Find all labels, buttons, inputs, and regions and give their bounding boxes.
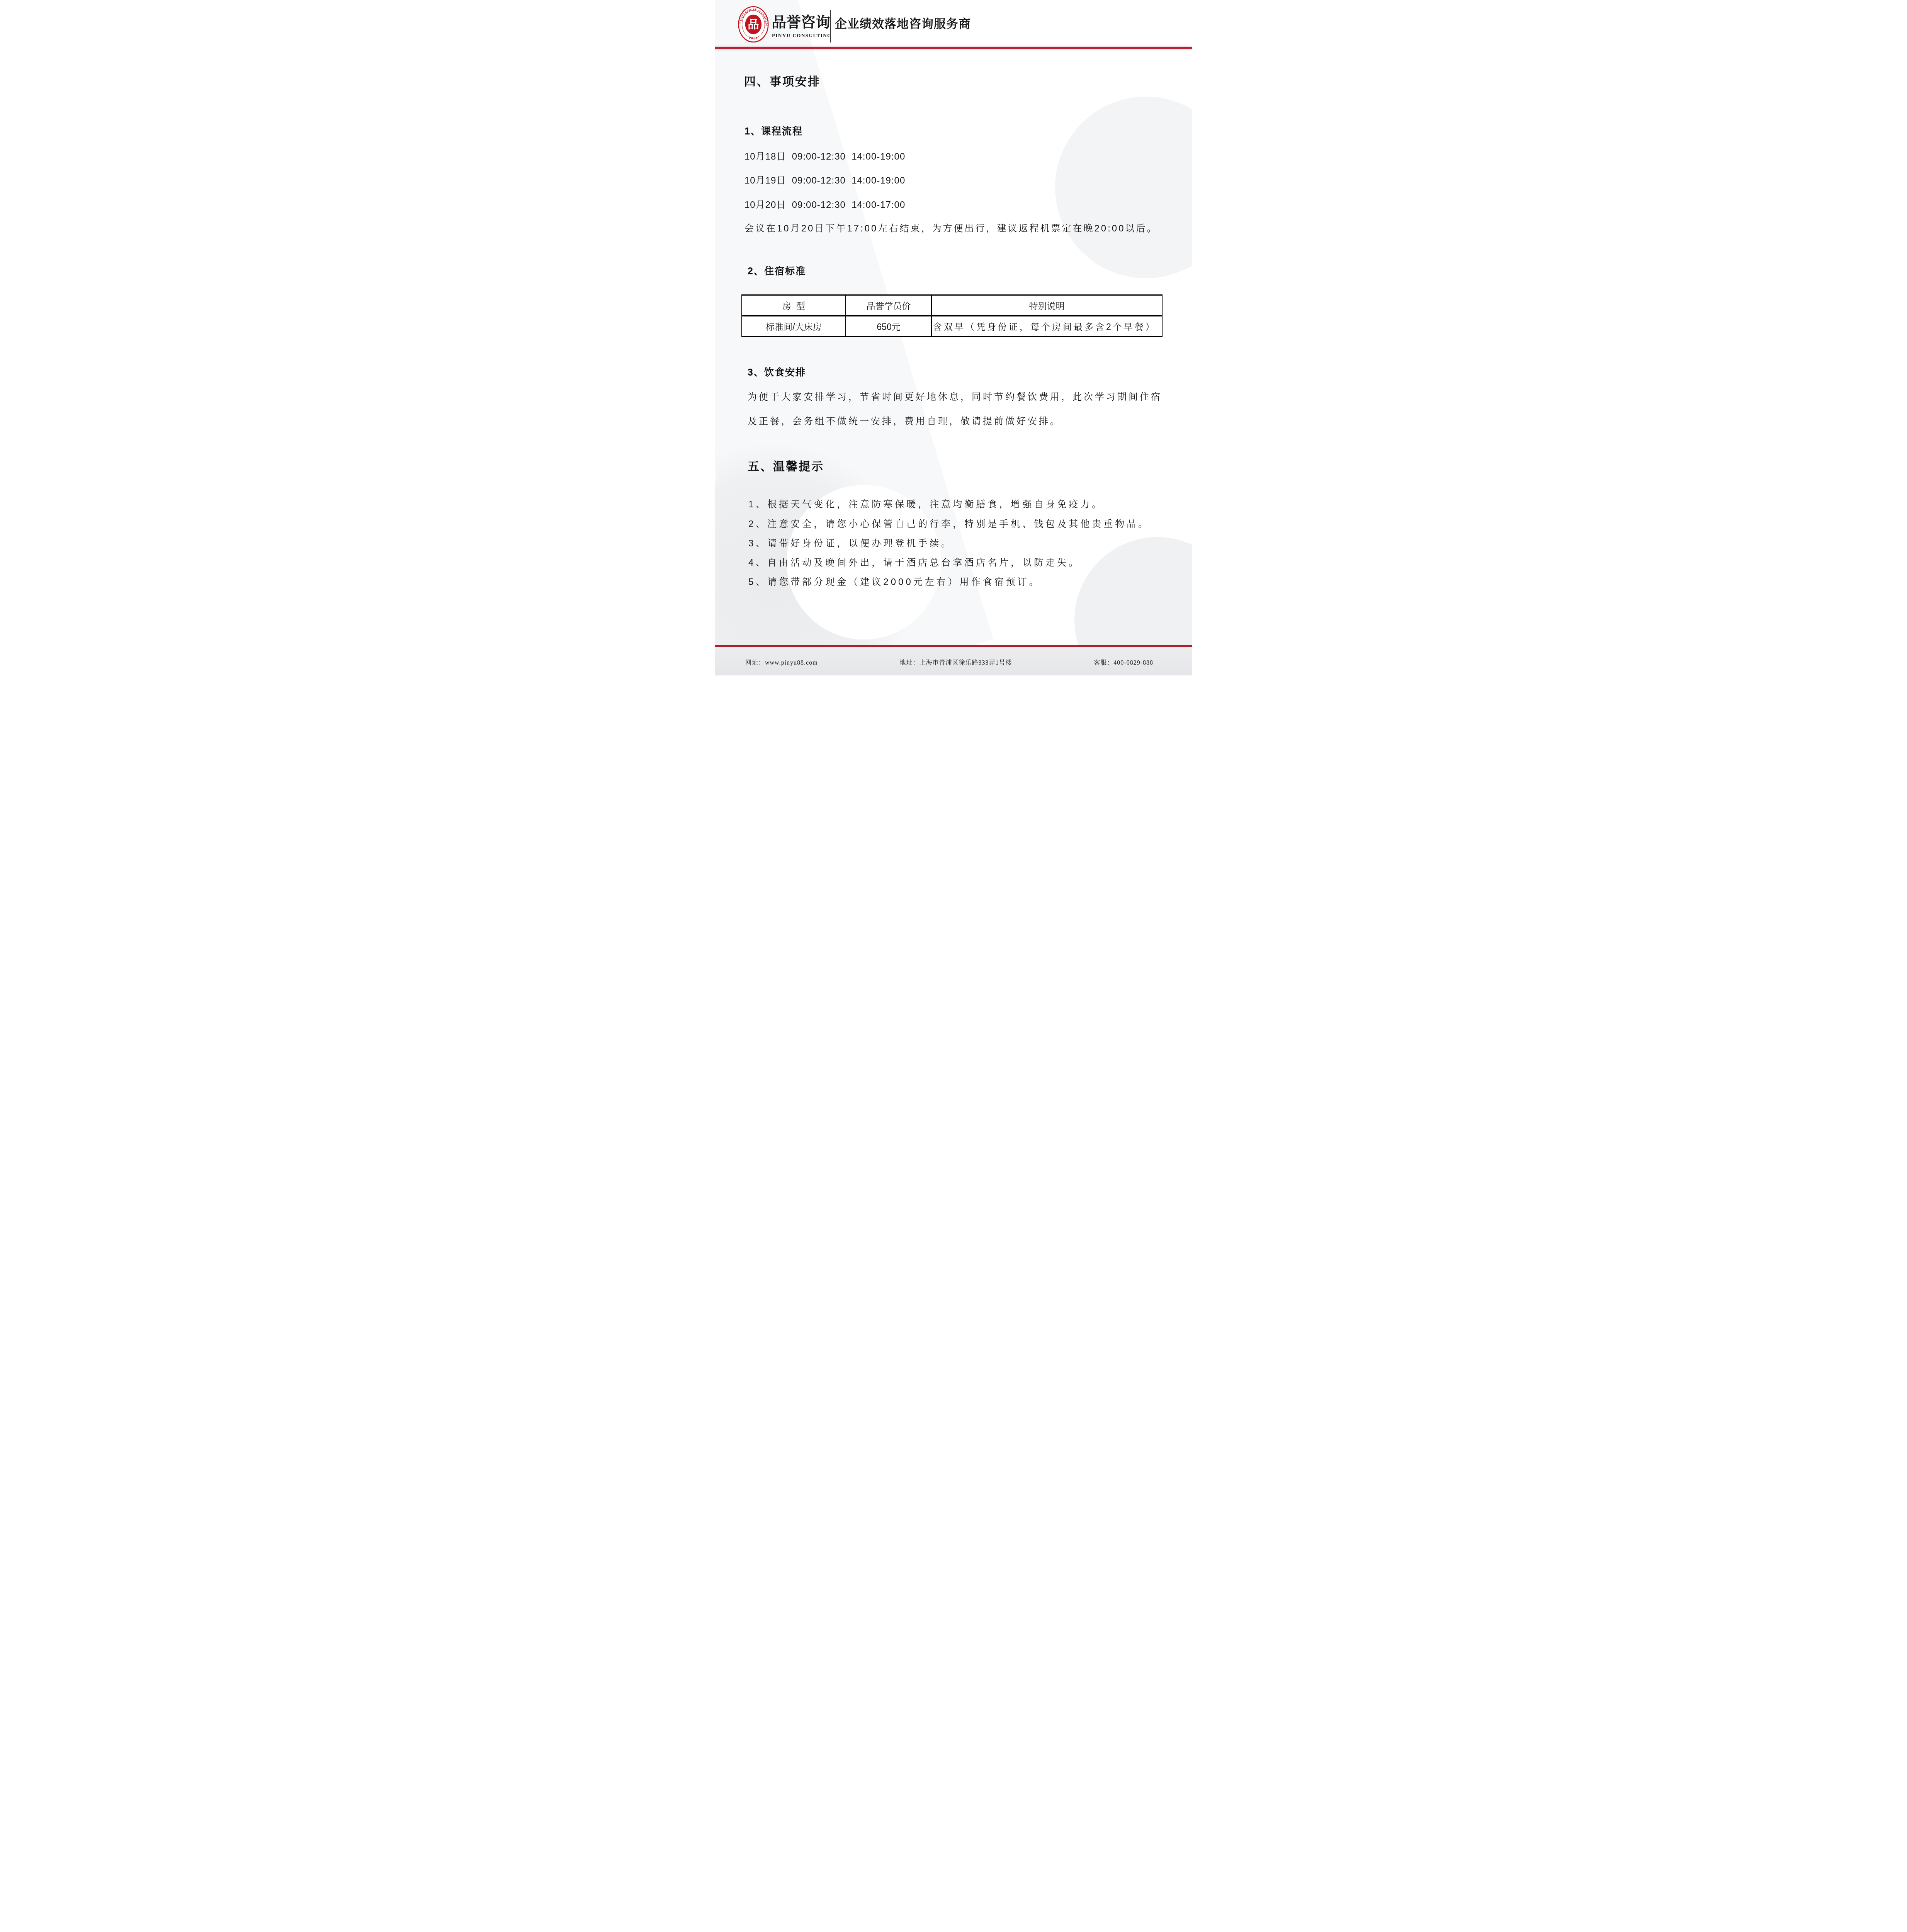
table-cell-room-type: 标准间/大床房	[742, 316, 846, 337]
footer-hotline: 客服：400-0829-888	[1094, 658, 1153, 667]
tip-item: 4、自由活动及晚间外出，请于酒店总台拿酒店名片，以防走失。	[748, 555, 1080, 568]
table-cell-special-note: 含双早（凭身份证，每个房间最多含2个早餐）	[931, 316, 1162, 337]
page-header: PINYU ENTERPRISE MANAGEMENT 2014 品 品誉咨询 …	[715, 0, 1192, 47]
svg-text:品: 品	[748, 18, 759, 31]
lodging-standard-table: 房 型 品誉学员价 特别说明 标准间/大床房 650元 含双早（凭身份证，每个房…	[741, 294, 1163, 337]
background-circle-top-right	[1055, 97, 1192, 278]
table-header-room-type: 房 型	[742, 295, 846, 316]
footer-red-rule	[715, 645, 1192, 647]
company-seal-logo-icon: PINYU ENTERPRISE MANAGEMENT 2014 品	[738, 5, 769, 43]
table-header-special-note: 特别说明	[931, 295, 1162, 316]
tip-item: 2、注意安全，请您小心保管自己的行李，特别是手机、钱包及其他贵重物品。	[748, 516, 1150, 530]
subsection-title-course-flow: 1、课程流程	[744, 124, 803, 138]
table-cell-price: 650元	[846, 316, 931, 337]
logo-company-name-cn: 品誉咨询	[772, 10, 830, 31]
dining-paragraph-line: 为便于大家安排学习，节省时间更好地休息，同时节约餐饮费用，此次学习期间住宿	[748, 389, 1162, 403]
page-footer: 网址：www.pinyu88.com 地址：上海市青浦区徐乐路333弄1号楼 客…	[715, 658, 1192, 667]
document-page: PINYU ENTERPRISE MANAGEMENT 2014 品 品誉咨询 …	[715, 0, 1192, 675]
schedule-line: 10月20日 09:00-12:30 14:00-17:00	[744, 197, 905, 211]
dining-paragraph-line: 及正餐，会务组不做统一安排，费用自理，敬请提前做好安排。	[748, 413, 1061, 427]
table-header-row: 房 型 品誉学员价 特别说明	[742, 295, 1162, 316]
section-title-arrangements: 四、事项安排	[744, 72, 821, 89]
schedule-line: 10月18日 09:00-12:30 14:00-19:00	[744, 149, 905, 162]
logo-divider	[830, 10, 831, 43]
tip-item: 5、请您带部分现金（建议2000元左右）用作食宿预订。	[748, 574, 1041, 588]
schedule-line: 10月19日 09:00-12:30 14:00-19:00	[744, 173, 905, 186]
header-red-rule	[715, 47, 1192, 49]
footer-address: 地址：上海市青浦区徐乐路333弄1号楼	[899, 658, 1012, 667]
table-row: 标准间/大床房 650元 含双早（凭身份证，每个房间最多含2个早餐）	[742, 316, 1162, 337]
company-tagline: 企业绩效落地咨询服务商	[835, 14, 971, 31]
footer-website: 网址：www.pinyu88.com	[745, 658, 818, 667]
table-header-student-price: 品誉学员价	[846, 295, 931, 316]
logo-company-name-en: PINYU CONSULTING	[772, 32, 832, 39]
tip-item: 1、根据天气变化，注意防寒保暖，注意均衡膳食，增强自身免疫力。	[748, 497, 1103, 510]
schedule-note: 会议在10月20日下午17:00左右结束，为方便出行，建议返程机票定在晚20:0…	[744, 221, 1158, 234]
tip-item: 3、请带好身份证，以便办理登机手续。	[748, 536, 953, 549]
section-title-tips: 五、温馨提示	[748, 457, 824, 474]
subsection-title-dining: 3、饮食安排	[748, 365, 806, 379]
subsection-title-lodging: 2、住宿标准	[748, 264, 806, 277]
